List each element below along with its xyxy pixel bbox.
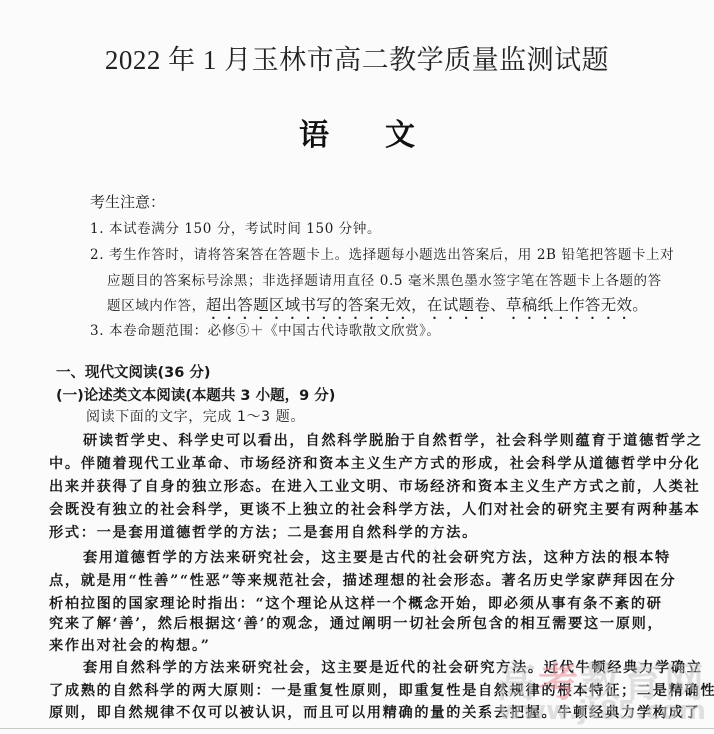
- notice-heading: 考生注意：: [90, 191, 165, 212]
- passage-line: 形式：一是套用道德哲学的方法；二是套用自然科学的方法。: [49, 522, 478, 542]
- passage-line: 套用自然科学的方法来研究社会，这主要是近代的社会研究方法。近代牛顿经典力学确立: [83, 657, 703, 677]
- notice-item-2-cont: 应题目的答案标号涂黑；非选择题请用直径 0.5 毫米黑色墨水签字笔在答题卡上各题…: [107, 269, 662, 289]
- exam-page: 2022 年 1 月玉林市高二教学质量监测试题 语文 考生注意： 1. 本试卷满…: [0, 0, 714, 734]
- passage-line: 出来并获得了自身的独立形态。在进入工业文明、市场经济和资本主义生产方式之前，人类…: [49, 476, 700, 496]
- notice-emphasis: 超出答题区域书写的答案无效，在试题卷、草稿纸上作答无效。: [206, 296, 648, 314]
- passage-line: 中。伴随着现代工业革命、市场经济和资本主义生产方式的形成，社会科学从道德哲学中分…: [49, 453, 700, 473]
- subject-title: 语文: [0, 110, 714, 154]
- notice-item-2-tail: 题区域内作答，: [107, 298, 206, 314]
- passage-line: 了成熟的自然科学的两大原则：一是重复性原则，即重复性是自然规律的根本特征；二是精…: [49, 680, 714, 700]
- notice-item-1: 1. 本试卷满分 150 分，考试时间 150 分钟。: [90, 217, 381, 237]
- passage-line: 套用道德哲学的方法来研究社会，这主要是古代的社会研究方法，这种方法的根本特: [83, 547, 671, 567]
- passage-line: 析柏拉图的国家理论时指出：“这个理论从这样一个概念开始，即必须从事有条不紊的研: [49, 593, 663, 613]
- notice-item-2: 2. 考生作答时，请将答案答在答题卡上。选择题每小题选出答案后，用 2B 铅笔把…: [90, 243, 674, 263]
- passage-line: 会既没有独立的社会科学，更谈不上独立的社会科学方法，人们对社会的研究主要有两种基…: [49, 499, 700, 519]
- notice-item-3: 3. 本卷命题范围：必修⑤＋《中国古代诗歌散文欣赏》。: [90, 319, 441, 339]
- passage-line: 来作出对社会的构想。”: [49, 635, 211, 655]
- page-bottom-edge: [0, 728, 714, 729]
- section-heading: 一、现代文阅读(36 分): [56, 361, 210, 382]
- reading-instruction: 阅读下面的文字，完成 1～3 题。: [86, 406, 305, 426]
- exam-title: 2022 年 1 月玉林市高二教学质量监测试题: [0, 38, 714, 77]
- passage-line: 原则，即自然规律不仅可以被认识，而且可以用精确的量的关系去把握。牛顿经典力学构成…: [49, 702, 700, 722]
- passage-line: 究来了解‘善’，然后根据这‘善’的观念，通过阐明一切社会所包含的相互需要这一原则…: [49, 613, 663, 633]
- passage-line: 研读哲学史、科学史可以看出，自然科学脱胎于自然哲学，社会科学则蕴育于道德哲学之: [83, 430, 703, 450]
- passage-line: 点，就是用“性善”“性恶”等来规范社会，描述理想的社会形态。著名历史学家萨拜因在…: [49, 570, 676, 590]
- subsection-heading: (一)论述类文本阅读(本题共 3 小题，9 分): [56, 384, 335, 405]
